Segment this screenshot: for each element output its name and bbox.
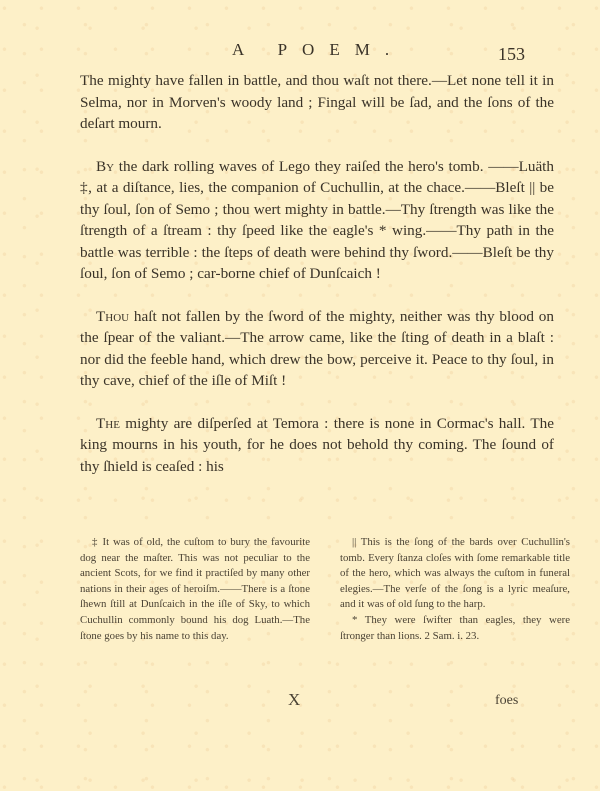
running-head: A POEM. 153 xyxy=(0,40,600,64)
paragraph-1: The mighty have fallen in battle, and th… xyxy=(80,70,554,135)
paragraph-text: The mighty have fallen in battle, and th… xyxy=(80,72,554,132)
book-page: A POEM. 153 The mighty have fallen in ba… xyxy=(0,0,600,791)
paragraph-lead: The xyxy=(96,415,120,432)
footnote-double-dagger: ‡ It was of old, the cuſtom to bury the … xyxy=(80,535,310,644)
running-title: A POEM. xyxy=(232,40,404,60)
paragraph-2: By the dark rolling waves of Lego they r… xyxy=(80,156,554,285)
footnote-parallel: || This is the ſong of the bards over Cu… xyxy=(340,535,570,613)
catchword: foes xyxy=(495,693,518,709)
signature-mark: X xyxy=(288,690,300,710)
paragraph-lead: Thou xyxy=(96,308,129,325)
footnote-column-left: ‡ It was of old, the cuſtom to bury the … xyxy=(80,535,310,644)
paragraph-text: haſt not fallen by the ſword of the migh… xyxy=(80,308,554,390)
page-number: 153 xyxy=(498,44,525,65)
footnotes: ‡ It was of old, the cuſtom to bury the … xyxy=(80,535,570,644)
paragraph-text: the dark rolling waves of Lego they raiſ… xyxy=(80,158,554,283)
paragraph-3: Thou haſt not fallen by the ſword of the… xyxy=(80,306,554,392)
footnote-asterisk: * They were ſwifter than eagles, they we… xyxy=(340,613,570,644)
main-text: The mighty have fallen in battle, and th… xyxy=(80,70,554,498)
paragraph-4: The mighty are diſperſed at Temora : the… xyxy=(80,413,554,478)
paragraph-lead: By xyxy=(96,158,114,175)
paragraph-text: mighty are diſperſed at Temora : there i… xyxy=(80,415,554,475)
footnote-column-right: || This is the ſong of the bards over Cu… xyxy=(340,535,570,644)
